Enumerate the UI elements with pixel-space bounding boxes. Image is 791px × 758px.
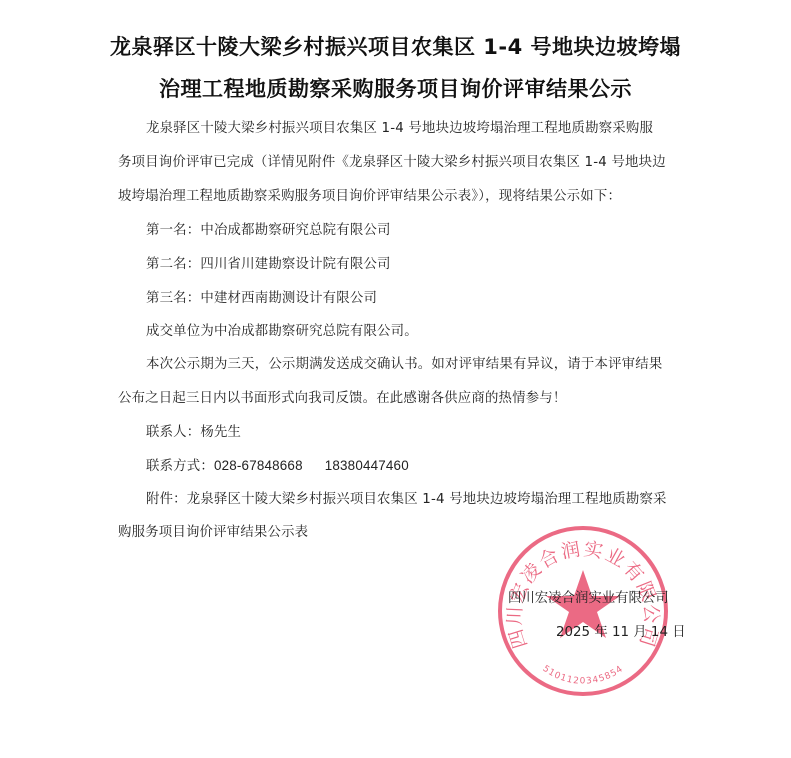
company-seal-stamp: 四川宏凌合润实业有限公司 5101120345854: [496, 524, 670, 698]
contact-method-label: 联系方式：: [146, 459, 214, 474]
notice-line-2: 公布之日起三日内以书面形式向我司反馈。在此感谢各供应商的热情参与！: [118, 387, 567, 406]
contact-phone-landline: 028-67848668: [214, 458, 303, 473]
title-line-1: 龙泉驿区十陵大梁乡村振兴项目农集区 1-4 号地块边坡垮塌: [0, 31, 791, 61]
intro-line-2: 务项目询价评审已完成（详情见附件《龙泉驿区十陵大梁乡村振兴项目农集区 1-4 号…: [118, 151, 666, 170]
contact-phone-mobile: 18380447460: [325, 458, 409, 473]
winner-statement: 成交单位为中冶成都勘察研究总院有限公司。: [146, 320, 418, 339]
svg-text:5101120345854: 5101120345854: [541, 664, 626, 687]
attachment-line-2: 购服务项目询价评审结果公示表: [118, 521, 308, 540]
attachment-line-1: 附件：龙泉驿区十陵大梁乡村振兴项目农集区 1-4 号地块边坡垮塌治理工程地质勘察…: [146, 488, 667, 507]
intro-line-3: 坡垮塌治理工程地质勘察采购服务项目询价评审结果公示表》），现将结果公示如下：: [118, 185, 621, 204]
notice-line-1: 本次公示期为三天，公示期满发送成交确认书。如对评审结果有异议，请于本评审结果: [146, 353, 662, 372]
intro-line-1: 龙泉驿区十陵大梁乡村振兴项目农集区 1-4 号地块边坡垮塌治理工程地质勘察采购服: [146, 117, 653, 136]
ranking-second: 第二名：四川省川建勘察设计院有限公司: [146, 253, 391, 272]
signature-date: 2025 年 11 月 14 日: [556, 621, 686, 640]
ranking-first: 第一名：中冶成都勘察研究总院有限公司: [146, 219, 391, 238]
signature-company: 四川宏凌合润实业有限公司: [508, 587, 669, 606]
ranking-third: 第三名：中建材西南勘测设计有限公司: [146, 287, 377, 306]
document-page: 龙泉驿区十陵大梁乡村振兴项目农集区 1-4 号地块边坡垮塌 治理工程地质勘察采购…: [0, 0, 791, 758]
contact-person: 联系人：杨先生: [146, 421, 241, 440]
contact-method: 联系方式：028-6784866818380447460: [146, 455, 409, 474]
title-line-2: 治理工程地质勘察采购服务项目询价评审结果公示: [0, 73, 791, 103]
